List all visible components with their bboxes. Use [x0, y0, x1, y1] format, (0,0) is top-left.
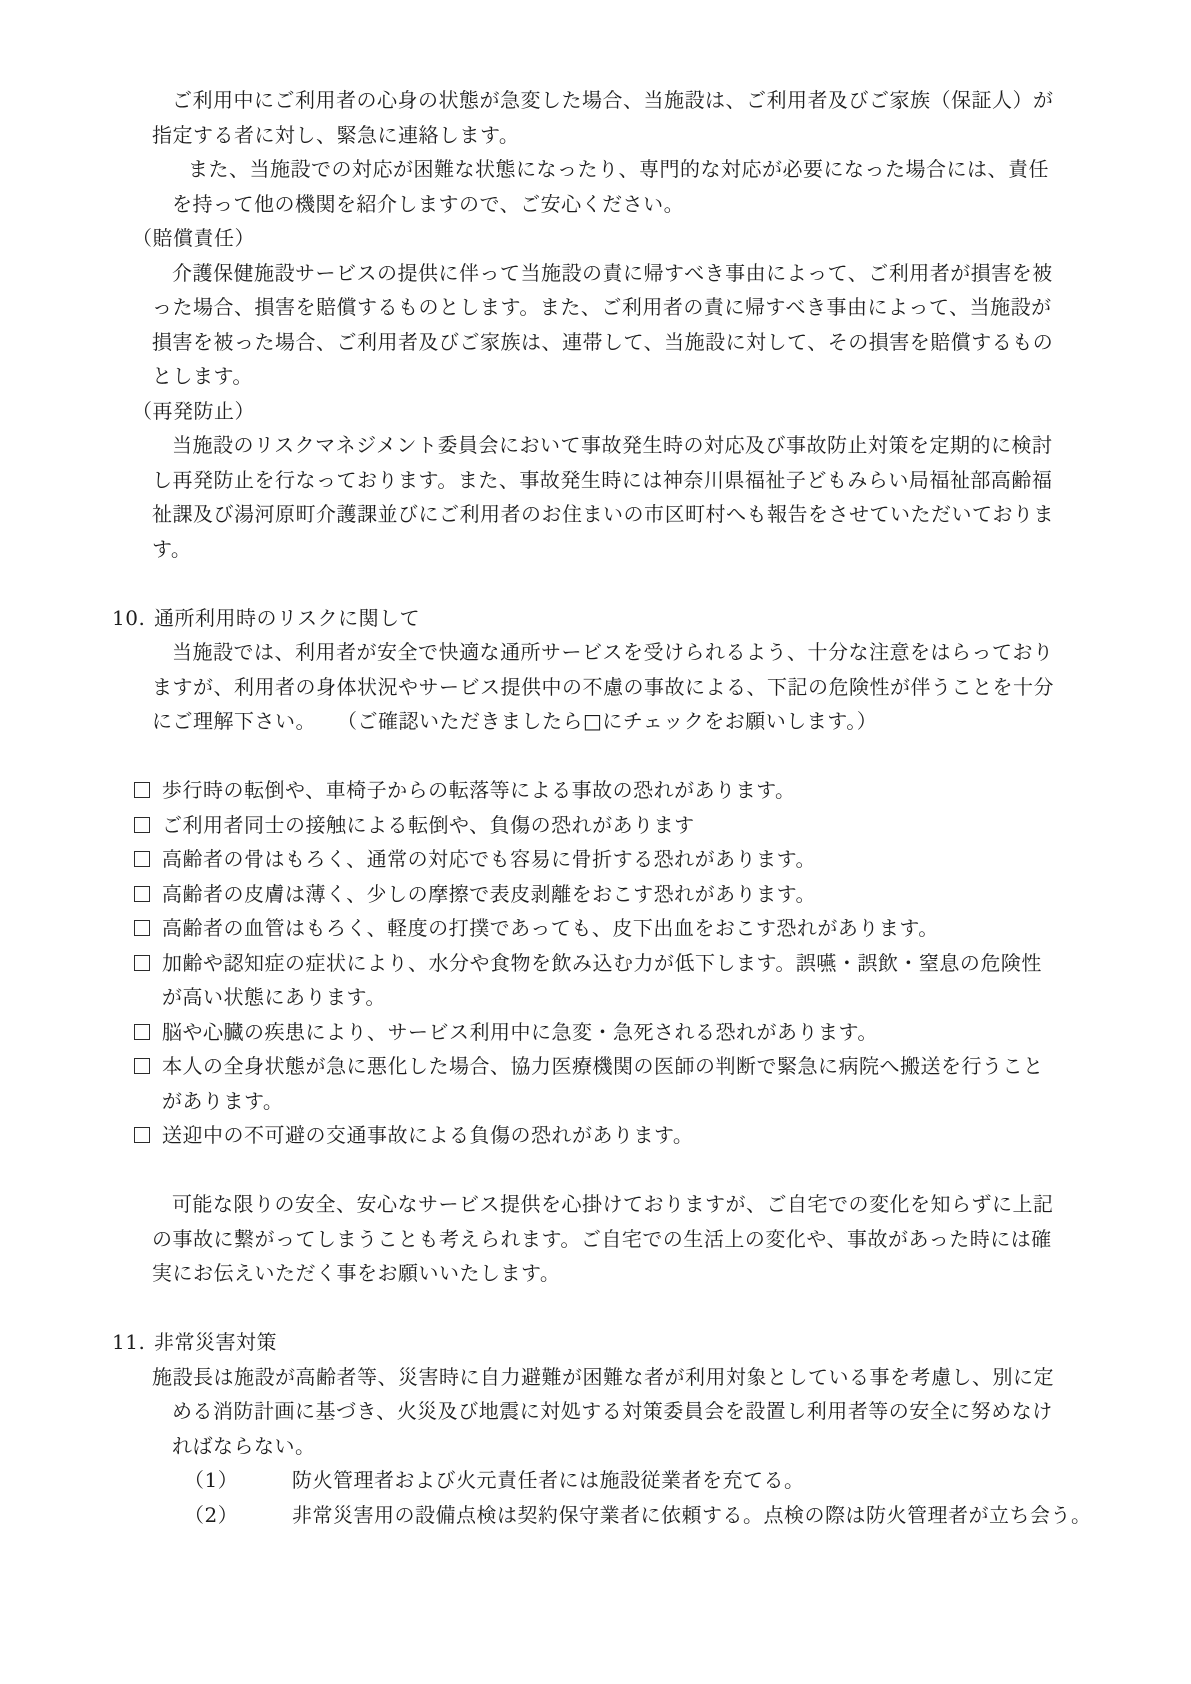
text-line: った場合、損害を賠償するものとします。また、ご利用者の責に帰すべき事由によって、…	[112, 290, 1099, 325]
checklist-text: 脳や心臓の疾患により、サービス利用中に急変・急死される恐れがあります。	[162, 1020, 878, 1044]
sub-item: （1）防火管理者および火元責任者には施設従業者を充てる。	[112, 1463, 1099, 1498]
sub-item: （2）非常災害用の設備点検は契約保守業者に依頼する。点検の際は防火管理者が立ち会…	[112, 1498, 1099, 1533]
checklist-text: 高齢者の血管はもろく、軽度の打撲であっても、皮下出血をおこす恐れがあります。	[162, 916, 939, 940]
text-line: 当施設では、利用者が安全で快適な通所サービスを受けられるよう、十分な注意をはらっ…	[112, 635, 1099, 670]
checklist-item: ご利用者同士の接触による転倒や、負傷の恐れがあります	[112, 808, 1099, 843]
text-line: める消防計画に基づき、火災及び地震に対処する対策委員会を設置し利用者等の安全に努…	[112, 1394, 1099, 1429]
text-line: とします。	[112, 359, 1099, 394]
checklist-text: ご利用者同士の接触による転倒や、負傷の恐れがあります	[162, 813, 695, 837]
text-line: 当施設のリスクマネジメント委員会において事故発生時の対応及び事故防止対策を定期的…	[112, 428, 1099, 463]
text-line: 介護保健施設サービスの提供に伴って当施設の責に帰すべき事由によって、ご利用者が損…	[112, 256, 1099, 291]
checklist-text: 高齢者の骨はもろく、通常の対応でも容易に骨折する恐れがあります。	[162, 847, 816, 871]
text-line: また、当施設での対応が困難な状態になったり、専門的な対応が必要になった場合には、…	[112, 152, 1099, 187]
checklist-item: 送迎中の不可避の交通事故による負傷の恐れがあります。	[112, 1118, 1099, 1153]
checklist-item: 高齢者の血管はもろく、軽度の打撲であっても、皮下出血をおこす恐れがあります。	[112, 911, 1099, 946]
checklist-item: 本人の全身状態が急に悪化した場合、協力医療機関の医師の判断で緊急に病院へ搬送を行…	[112, 1049, 1099, 1084]
checkbox[interactable]	[134, 1058, 150, 1074]
checklist-text: 高齢者の皮膚は薄く、少しの摩擦で表皮剥離をおこす恐れがあります。	[162, 882, 816, 906]
blank-line	[112, 739, 1099, 774]
text-line: 祉課及び湯河原町介護課並びにご利用者のお住まいの市区町村へも報告をさせていただい…	[112, 497, 1099, 532]
checkbox[interactable]	[134, 851, 150, 867]
text-line: 指定する者に対し、緊急に連絡します。	[112, 118, 1099, 153]
text-line: にご理解下さい。 （ご確認いただきましたら□にチェックをお願いします。）	[112, 704, 1099, 739]
checklist-text: 送迎中の不可避の交通事故による負傷の恐れがあります。	[162, 1123, 693, 1147]
text-line: の事故に繋がってしまうことも考えられます。ご自宅での生活上の変化や、事故があった…	[112, 1222, 1099, 1257]
text-line: （賠償責任）	[112, 221, 1099, 256]
text-line: 可能な限りの安全、安心なサービス提供を心掛けておりますが、ご自宅での変化を知らず…	[112, 1187, 1099, 1222]
checklist-text-wrap: が高い状態にあります。	[112, 980, 1099, 1015]
document-page: ご利用中にご利用者の心身の状態が急変した場合、当施設は、ご利用者及びご家族（保証…	[0, 0, 1191, 1684]
checkbox[interactable]	[134, 955, 150, 971]
checkbox[interactable]	[134, 1127, 150, 1143]
checklist-text: 本人の全身状態が急に悪化した場合、協力医療機関の医師の判断で緊急に病院へ搬送を行…	[162, 1054, 1044, 1078]
checklist-item: 加齢や認知症の症状により、水分や食物を飲み込む力が低下します。誤嚥・誤飲・窒息の…	[112, 946, 1099, 981]
text-line: 施設長は施設が高齢者等、災害時に自力避難が困難な者が利用対象としている事を考慮し…	[112, 1360, 1099, 1395]
sub-item-text: 防火管理者および火元責任者には施設従業者を充てる。	[292, 1468, 805, 1492]
checklist-text: 加齢や認知症の症状により、水分や食物を飲み込む力が低下します。誤嚥・誤飲・窒息の…	[162, 951, 1042, 975]
checkbox[interactable]	[134, 817, 150, 833]
blank-line	[112, 566, 1099, 601]
text-line: 実にお伝えいただく事をお願いいたします。	[112, 1256, 1099, 1291]
text-line: を持って他の機関を紹介しますので、ご安心ください。	[112, 187, 1099, 222]
section-title: 通所利用時のリスクに関して	[154, 606, 420, 630]
text-line: （再発防止）	[112, 394, 1099, 429]
checklist-item: 歩行時の転倒や、車椅子からの転落等による事故の恐れがあります。	[112, 773, 1099, 808]
blank-line	[112, 1291, 1099, 1326]
checkbox[interactable]	[134, 886, 150, 902]
sub-item-number: （2）	[184, 1498, 252, 1533]
text-line: 損害を被った場合、ご利用者及びご家族は、連帯して、当施設に対して、その損害を賠償…	[112, 325, 1099, 360]
text-line: ご利用中にご利用者の心身の状態が急変した場合、当施設は、ご利用者及びご家族（保証…	[112, 83, 1099, 118]
checkbox[interactable]	[134, 782, 150, 798]
text-line: し再発防止を行なっております。また、事故発生時には神奈川県福祉子どもみらい局福祉…	[112, 463, 1099, 498]
sub-item-text: 非常災害用の設備点検は契約保守業者に依頼する。点検の際は防火管理者が立ち会う。	[292, 1503, 1092, 1527]
sub-item-number: （1）	[184, 1463, 252, 1498]
text-line: ますが、利用者の身体状況やサービス提供中の不慮の事故による、下記の危険性が伴うこ…	[112, 670, 1099, 705]
section-heading: 10.通所利用時のリスクに関して	[112, 601, 1099, 636]
checklist-item: 脳や心臓の疾患により、サービス利用中に急変・急死される恐れがあります。	[112, 1015, 1099, 1050]
blank-line	[112, 1153, 1099, 1188]
section-heading: 11.非常災害対策	[112, 1325, 1099, 1360]
checklist-item: 高齢者の皮膚は薄く、少しの摩擦で表皮剥離をおこす恐れがあります。	[112, 877, 1099, 912]
checklist-text: 歩行時の転倒や、車椅子からの転落等による事故の恐れがあります。	[162, 778, 796, 802]
checkbox[interactable]	[134, 920, 150, 936]
section-number: 11.	[112, 1325, 154, 1360]
checklist-text-wrap: があります。	[112, 1084, 1099, 1119]
section-number: 10.	[112, 601, 154, 636]
section-title: 非常災害対策	[154, 1330, 277, 1354]
checklist-item: 高齢者の骨はもろく、通常の対応でも容易に骨折する恐れがあります。	[112, 842, 1099, 877]
text-line: す。	[112, 532, 1099, 567]
checkbox[interactable]	[134, 1024, 150, 1040]
text-line: ればならない。	[112, 1429, 1099, 1464]
